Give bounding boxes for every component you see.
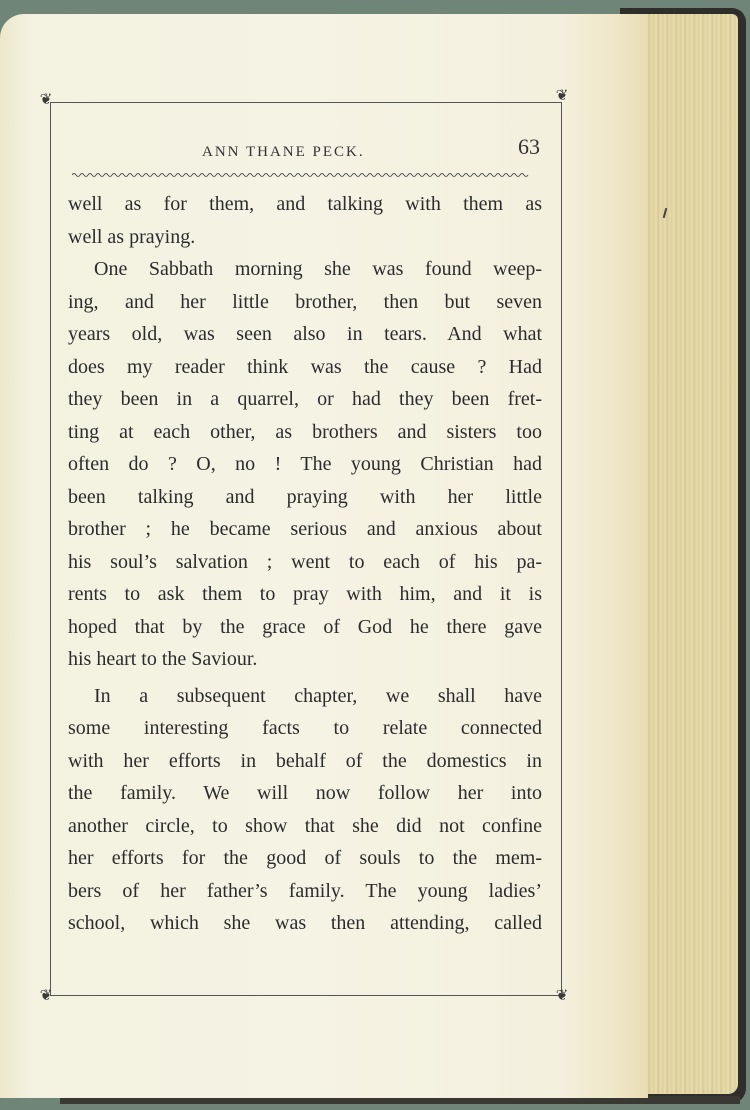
text-line: ing, and her little brother, then but se…: [68, 286, 542, 319]
page-number: 63: [518, 134, 540, 160]
text-line: does my reader think was the cause ? Had: [68, 351, 542, 384]
corner-ornament-icon: ❦: [554, 988, 570, 1004]
page-header: ANN THANE PECK. 63: [70, 134, 540, 168]
text-line: his heart to the Saviour.: [68, 643, 542, 676]
text-line: often do ? O, no ! The young Christian h…: [68, 448, 542, 481]
corner-ornament-icon: ❦: [554, 88, 570, 104]
text-line: they been in a quarrel, or had they been…: [68, 383, 542, 416]
text-line: with her efforts in behalf of the domest…: [68, 745, 542, 778]
text-line: another circle, to show that she did not…: [68, 810, 542, 843]
text-line: rents to ask them to pray with him, and …: [68, 578, 542, 611]
text-line: been talking and praying with her little: [68, 481, 542, 514]
running-title: ANN THANE PECK.: [202, 144, 365, 161]
text-line: years old, was seen also in tears. And w…: [68, 318, 542, 351]
text-line: some interesting facts to relate connect…: [68, 712, 542, 745]
text-line: brother ; he became serious and anxious …: [68, 513, 542, 546]
text-line: well as praying.: [68, 221, 542, 254]
page-edges: [642, 14, 738, 1094]
text-line: bers of her father’s family. The young l…: [68, 875, 542, 908]
text-line: her efforts for the good of souls to the…: [68, 842, 542, 875]
text-line: school, which she was then attending, ca…: [68, 907, 542, 940]
corner-ornament-icon: ❦: [38, 92, 54, 108]
text-line: One Sabbath morning she was found weep-: [68, 253, 542, 286]
text-line: well as for them, and talking with them …: [68, 188, 542, 221]
corner-ornament-icon: ❦: [38, 988, 54, 1004]
text-line: In a subsequent chapter, we shall have: [68, 680, 542, 713]
text-line: his soul’s salvation ; went to each of h…: [68, 546, 542, 579]
text-line: the family. We will now follow her into: [68, 777, 542, 810]
text-line: ting at each other, as brothers and sist…: [68, 416, 542, 449]
text-line: hoped that by the grace of God he there …: [68, 611, 542, 644]
body-text: well as for them, and talking with them …: [68, 188, 542, 940]
wavy-rule-divider: [72, 172, 530, 178]
